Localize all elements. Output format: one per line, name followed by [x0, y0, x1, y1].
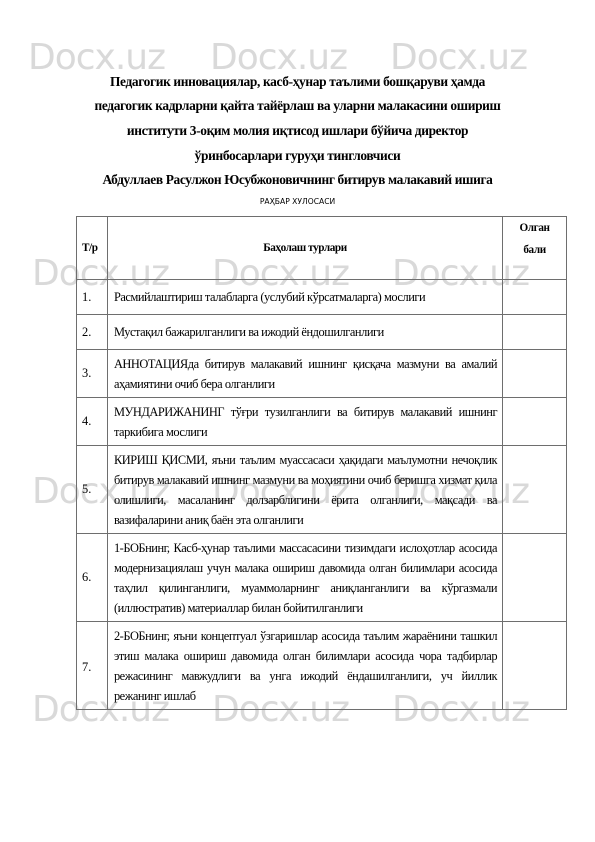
row-number: 4. — [77, 398, 108, 446]
row-score-cell[interactable] — [503, 534, 567, 622]
column-header-score: Олганбали — [503, 217, 567, 280]
row-number: 7. — [77, 622, 108, 710]
title-line-4: ўринбосарлари гуруҳи тингловчиси — [0, 148, 595, 164]
table-row: 7. 2-БОБнинг, яъни концептуал ўзгаришлар… — [77, 622, 567, 710]
row-criteria: МУНДАРИЖАНИНГ тўғри тузилганлиги ва бити… — [107, 398, 502, 446]
table-header-row: Т/р Баҳолаш турлари Олганбали — [77, 217, 567, 280]
subtitle: РАҲБАР ХУЛОСАСИ — [0, 197, 595, 206]
row-number: 3. — [77, 350, 108, 398]
table-row: 4. МУНДАРИЖАНИНГ тўғри тузилганлиги ва б… — [77, 398, 567, 446]
title-line-3: институти 3-оқим молия иқтисод ишлари бў… — [0, 123, 595, 139]
row-number: 5. — [77, 446, 108, 534]
row-criteria: АННОТАЦИЯда битирув малакавий ишнинг қис… — [107, 350, 502, 398]
evaluation-table: Т/р Баҳолаш турлари Олганбали 1. Расмийл… — [76, 216, 567, 710]
row-score-cell[interactable] — [503, 315, 567, 350]
document-page: Docx.uz Docx.uz Docx.uz Docx.uz Docx.uz … — [0, 0, 595, 842]
row-number: 2. — [77, 315, 108, 350]
column-header-criteria: Баҳолаш турлари — [107, 217, 502, 280]
row-score-cell[interactable] — [503, 446, 567, 534]
watermark: Docx.uz — [390, 40, 527, 76]
row-score-cell[interactable] — [503, 280, 567, 315]
table-row: 6. 1-БОБнинг, Касб-ҳунар таълими массаса… — [77, 534, 567, 622]
row-score-cell[interactable] — [503, 622, 567, 710]
title-line-2: педагогик кадрларни қайта тайёрлаш ва ул… — [0, 98, 595, 114]
column-header-number: Т/р — [77, 217, 108, 280]
row-criteria: 2-БОБнинг, яъни концептуал ўзгаришлар ас… — [107, 622, 502, 710]
row-criteria: Мустақил бажарилганлиги ва ижодий ёндоши… — [107, 315, 502, 350]
table-row: 3. АННОТАЦИЯда битирув малакавий ишнинг … — [77, 350, 567, 398]
row-score-cell[interactable] — [503, 350, 567, 398]
row-criteria: 1-БОБнинг, Касб-ҳунар таълими массасасин… — [107, 534, 502, 622]
title-line-1: Педагогик инновациялар, касб-ҳунар таъли… — [0, 74, 595, 90]
column-header-score-text: Олганбали — [519, 222, 549, 256]
table-row: 2. Мустақил бажарилганлиги ва ижодий ёнд… — [77, 315, 567, 350]
row-criteria: КИРИШ ҚИСМИ, яъни таълим муассасаси ҳақи… — [107, 446, 502, 534]
table-row: 1. Расмийлаштириш талабларга (услубий кў… — [77, 280, 567, 315]
row-number: 1. — [77, 280, 108, 315]
table-row: 5. КИРИШ ҚИСМИ, яъни таълим муассасаси ҳ… — [77, 446, 567, 534]
row-number: 6. — [77, 534, 108, 622]
title-line-5: Абдуллаев Расулжон Юсубжоновичнинг битир… — [0, 172, 595, 188]
row-criteria: Расмийлаштириш талабларга (услубий кўрса… — [107, 280, 502, 315]
watermark: Docx.uz — [210, 40, 347, 76]
watermark: Docx.uz — [28, 40, 165, 76]
row-score-cell[interactable] — [503, 398, 567, 446]
